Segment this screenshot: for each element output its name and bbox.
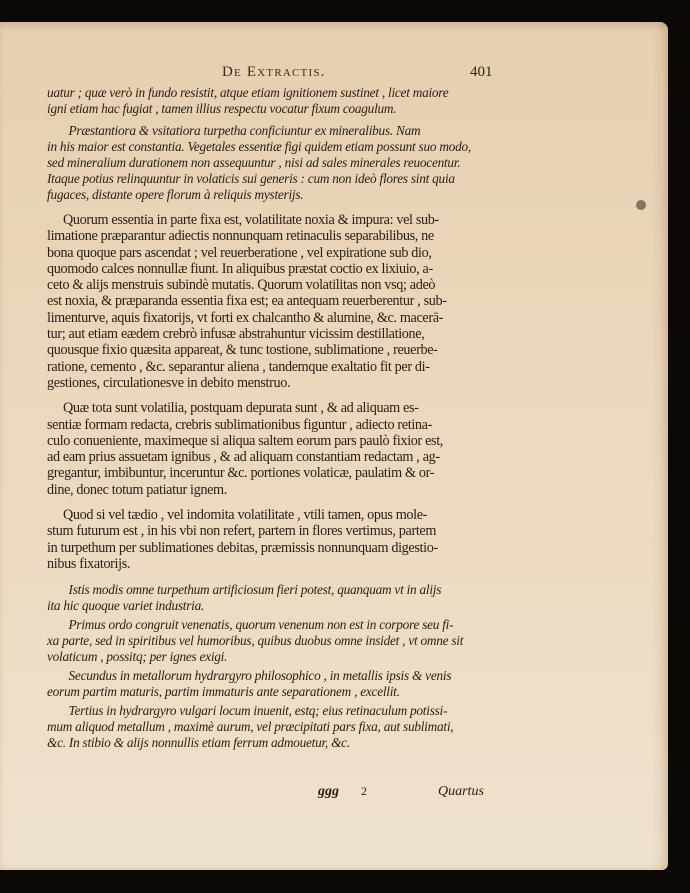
text-line: igni etiam hac fugiat , tamen illius res… xyxy=(47,101,463,117)
text-line: Tertius in hydrargyro vulgari locum inue… xyxy=(47,703,463,719)
paragraph: Primus ordo congruit venenatis, quorum v… xyxy=(47,617,463,665)
paragraph: Tertius in hydrargyro vulgari locum inue… xyxy=(47,703,463,751)
text-line: limenturve, aquis fixatorijs, vt forti e… xyxy=(47,310,463,326)
text-line: Quod si vel tædio , vel indomita volatil… xyxy=(47,507,463,523)
text-line: Itaque potius relinquuntur in volaticis … xyxy=(47,171,463,187)
text-line: xa parte, sed in spiritibus vel humoribu… xyxy=(47,633,463,649)
text-line: limatione præparantur adiectis nonnunqua… xyxy=(47,228,463,244)
text-line: in his maior est constantia. Vegetales e… xyxy=(47,139,463,155)
text-line: Primus ordo congruit venenatis, quorum v… xyxy=(47,617,463,633)
page-number: 401 xyxy=(470,64,493,81)
text-line: bona quoque pars ascendat ; vel reuerber… xyxy=(47,245,463,261)
text-line: nibus fixatorijs. xyxy=(47,556,463,572)
text-line: uatur ; quæ verò in fundo resistit, atqu… xyxy=(47,85,463,101)
text-line: Quæ tota sunt volatilia, postquam depura… xyxy=(47,400,463,416)
text-line: tur; aut etiam eædem crebrò infusæ abstr… xyxy=(47,326,463,342)
text-line: fugaces, distante opere florum à reliqui… xyxy=(47,187,463,203)
paragraph: Præstantiora & vsitatiora turpetha confi… xyxy=(47,123,463,203)
text-line: Secundus in metallorum hydrargyro philos… xyxy=(47,668,463,684)
text-line: in turpethum per sublimationes debitas, … xyxy=(47,540,463,556)
text-line: &c. In stibio & alijs nonnullis etiam fe… xyxy=(47,735,463,751)
running-head-title: De Extractis. xyxy=(222,64,326,81)
text-line: ita hic quoque variet industria. xyxy=(47,598,463,614)
text-line: gregantur, imbibuntur, inceruntur &c. po… xyxy=(47,465,463,481)
text-line: sed mineralium durationem non assequuntu… xyxy=(47,155,463,171)
text-line: ratione, cemento , &c. separantur aliena… xyxy=(47,359,463,375)
text-line: stum futurum est , in his vbi non refert… xyxy=(47,523,463,539)
text-line: Quorum essentia in parte fixa est, volat… xyxy=(47,212,463,228)
text-line: dine, donec totum patiatur ignem. xyxy=(47,482,463,498)
text-line: quousque fixio quæsita appareat, & tunc … xyxy=(47,342,463,358)
paragraph: Quæ tota sunt volatilia, postquam depura… xyxy=(47,400,463,498)
page-body: uatur ; quæ verò in fundo resistit, atqu… xyxy=(47,85,463,751)
text-line: eorum partim maturis, partim immaturis a… xyxy=(47,684,463,700)
text-line: est noxia, & præparanda essentia fixa es… xyxy=(47,293,463,309)
paragraph: Secundus in metallorum hydrargyro philos… xyxy=(47,668,463,700)
paragraph: Quod si vel tædio , vel indomita volatil… xyxy=(47,507,463,572)
text-line: sentiæ formam redacta, crebris sublimati… xyxy=(47,417,463,433)
paragraph: uatur ; quæ verò in fundo resistit, atqu… xyxy=(47,85,463,117)
text-line: Istis modis omne turpethum artificiosum … xyxy=(47,582,463,598)
text-line: gestiones, circulationesve in debito men… xyxy=(47,375,463,391)
signature-number: 2 xyxy=(361,784,367,799)
book-page: De Extractis. 401 uatur ; quæ verò in fu… xyxy=(0,22,668,870)
catchword: Quartus xyxy=(438,784,484,800)
text-line: mum aliquod metallum , maximè aurum, vel… xyxy=(47,719,463,735)
paragraph: Quorum essentia in parte fixa est, volat… xyxy=(47,212,463,391)
text-line: culo conueniente, maximeque si aliqua sa… xyxy=(47,433,463,449)
ink-spot xyxy=(636,200,646,210)
paragraph: Istis modis omne turpethum artificiosum … xyxy=(47,582,463,614)
text-line: quomodo calces nonnullæ fiunt. In aliqui… xyxy=(47,261,463,277)
signature-mark: ggg xyxy=(318,784,339,800)
text-line: ceto & alijs menstruis subindè mutatis. … xyxy=(47,277,463,293)
text-line: volaticum , possitq; per ignes exigi. xyxy=(47,649,463,665)
text-line: Præstantiora & vsitatiora turpetha confi… xyxy=(47,123,463,139)
text-line: ad eam prius assuetam ignibus , & ad ali… xyxy=(47,449,463,465)
